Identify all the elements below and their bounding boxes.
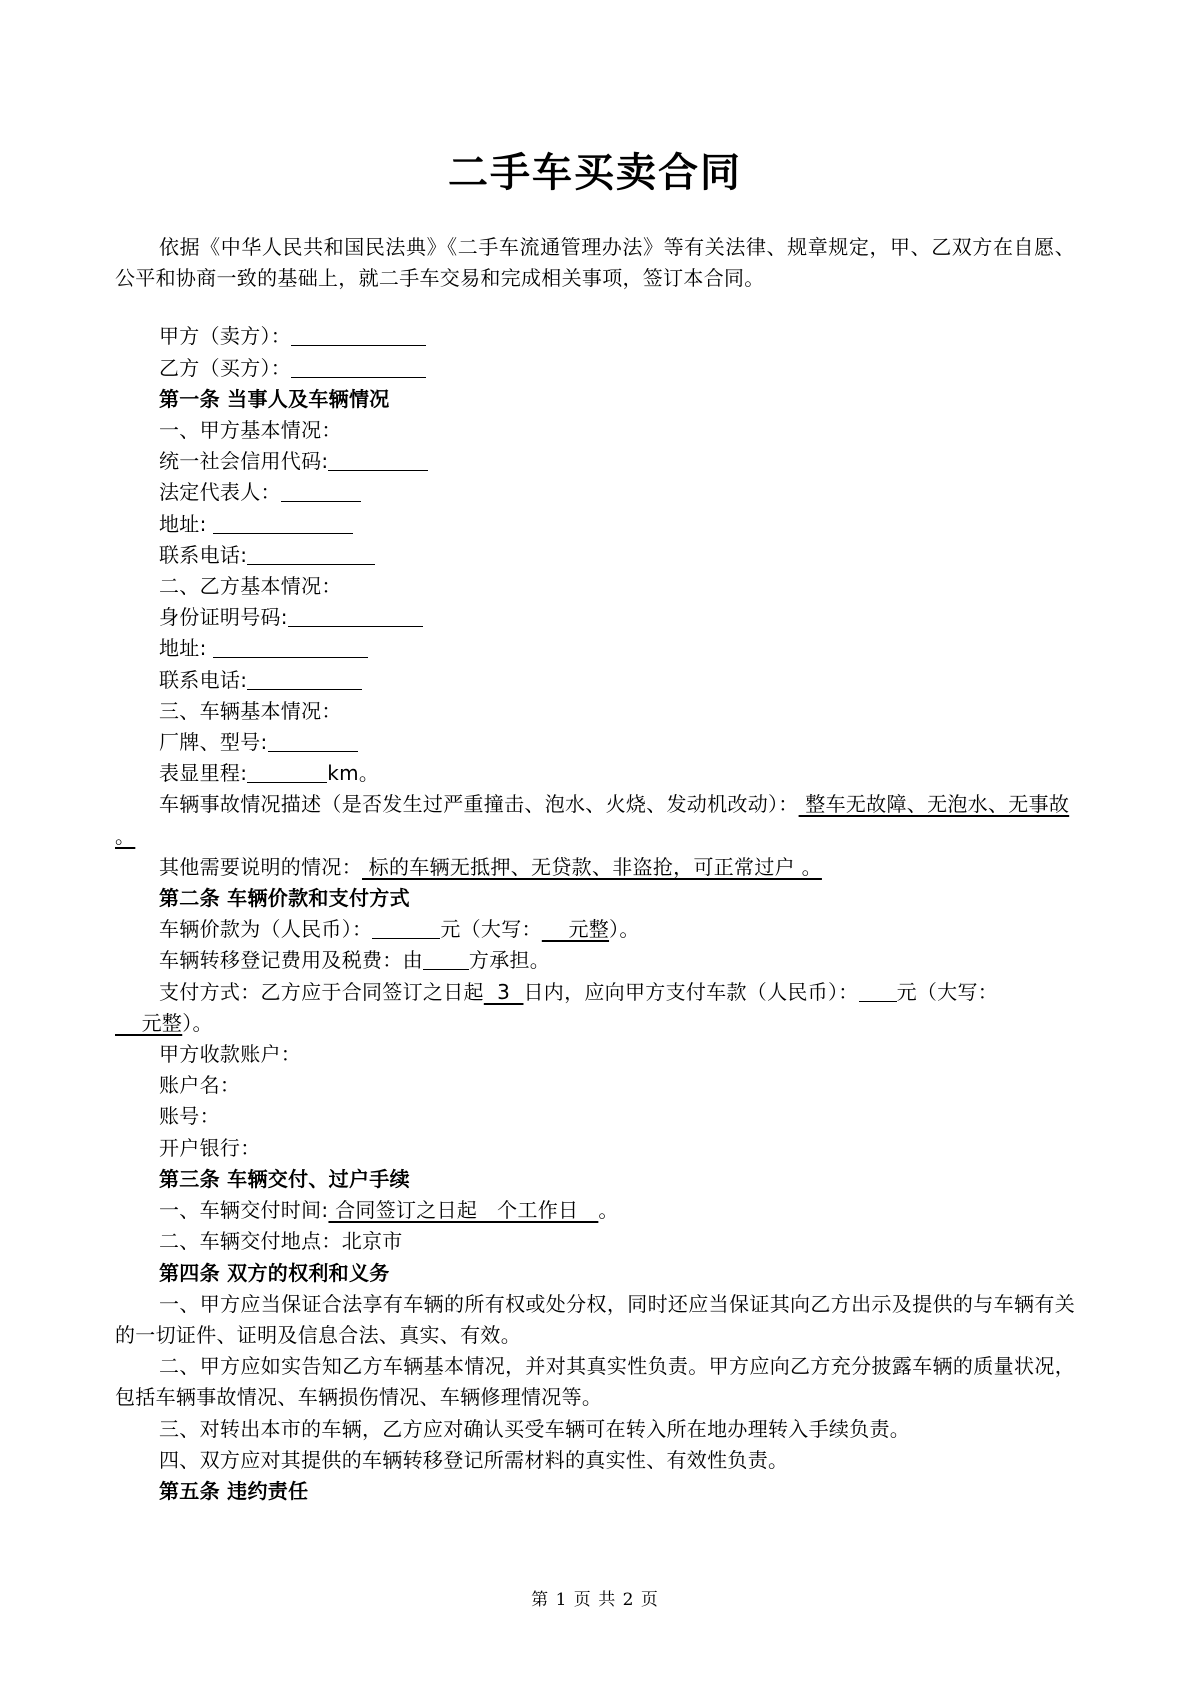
other-line: 其他需要说明的情况： 标的车辆无抵押、无贷款、非盗抢，可正常过户 。 — [115, 852, 1075, 883]
delivery-place: 二、车辆交付地点：北京市 — [115, 1226, 1075, 1257]
page-indicator: 第 1 页 共 2 页 — [0, 1585, 1190, 1610]
account-name-label: 账户名： — [115, 1070, 1075, 1101]
id-label: 身份证明号码: — [159, 605, 288, 629]
credit-code-line: 统一社会信用代码: — [115, 446, 1075, 477]
mileage-label: 表显里程: — [159, 761, 247, 785]
article-4-item-2: 二、甲方应如实告知乙方车辆基本情况，并对其真实性负责。甲方应向乙方充分披露车辆的… — [115, 1351, 1075, 1413]
payment-end: ）。 — [182, 1011, 213, 1035]
delivery-time-line: 一、车辆交付时间: 合同签订之日起 个工作日 。 — [115, 1195, 1075, 1226]
vehicle-section: 三、车辆基本情况： — [115, 696, 1075, 727]
price-upper-field[interactable]: 元整 — [542, 917, 609, 941]
accident-line: 车辆事故情况描述（是否发生过严重撞击、泡水、火烧、发动机改动）： 整车无故障、无… — [115, 789, 1075, 851]
b-phone-field[interactable] — [247, 667, 362, 690]
payment-upper-field[interactable]: 元整 — [115, 1011, 182, 1035]
price-line: 车辆价款为（人民币）：元（大写： 元整）。 — [115, 914, 1075, 945]
preamble: 依据《中华人民共和国民法典》《二手车流通管理办法》等有关法律、规章规定，甲、乙双… — [115, 232, 1075, 294]
article-2-heading: 第二条 车辆价款和支付方式 — [115, 883, 1075, 914]
fee-label: 车辆转移登记费用及税费：由 — [159, 948, 423, 972]
accident-label: 车辆事故情况描述（是否发生过严重撞击、泡水、火烧、发动机改动）： — [159, 792, 799, 816]
price-field[interactable] — [372, 916, 440, 939]
a-address-field[interactable] — [213, 511, 353, 534]
payment-days-field[interactable]: 3 — [484, 980, 524, 1004]
brand-field[interactable] — [268, 729, 358, 752]
payment-line: 支付方式：乙方应于合同签订之日起 3 日内，应向甲方支付车款（人民币）：元（大写… — [115, 977, 1075, 1039]
party-a-label: 甲方（卖方）： — [159, 324, 291, 348]
bank-label: 开户银行： — [115, 1133, 1075, 1164]
account-no-label: 账号： — [115, 1101, 1075, 1132]
a-address-label: 地址: — [159, 512, 213, 536]
article-4-heading: 第四条 双方的权利和义务 — [115, 1258, 1075, 1289]
delivery-time-label: 一、车辆交付时间: — [159, 1198, 328, 1222]
fee-field[interactable] — [423, 947, 469, 970]
a-phone-line: 联系电话: — [115, 540, 1075, 571]
a-phone-field[interactable] — [247, 542, 375, 565]
article-3-heading: 第三条 车辆交付、过户手续 — [115, 1164, 1075, 1195]
delivery-time-field[interactable]: 合同签订之日起 个工作日 — [328, 1198, 598, 1222]
article-4-item-4: 四、双方应对其提供的车辆转移登记所需材料的真实性、有效性负责。 — [115, 1445, 1075, 1476]
party-a-field[interactable] — [291, 323, 426, 346]
b-phone-label: 联系电话: — [159, 668, 247, 692]
article-5-heading: 第五条 违约责任 — [115, 1476, 1075, 1507]
party-b-field[interactable] — [291, 355, 426, 378]
legal-rep-field[interactable] — [281, 479, 361, 502]
delivery-time-end: 。 — [598, 1198, 618, 1222]
payment-unit: 元（大写： — [897, 980, 999, 1004]
article-4-item-3: 三、对转出本市的车辆，乙方应对确认买受车辆可在转入所在地办理转入手续负责。 — [115, 1414, 1075, 1445]
price-end: ）。 — [609, 917, 640, 941]
brand-label: 厂牌、型号: — [159, 730, 268, 754]
party-b-label: 乙方（买方）： — [159, 356, 291, 380]
legal-rep-label: 法定代表人： — [159, 480, 281, 504]
b-address-field[interactable] — [213, 635, 368, 658]
article-1-heading: 第一条 当事人及车辆情况 — [115, 384, 1075, 415]
payment-label: 支付方式：乙方应于合同签订之日起 — [159, 980, 484, 1004]
party-b-line: 乙方（买方）： — [115, 353, 1075, 384]
b-phone-line: 联系电话: — [115, 665, 1075, 696]
spacer — [115, 294, 1075, 321]
payment-amount-field[interactable] — [859, 979, 897, 1002]
other-label: 其他需要说明的情况： — [159, 855, 362, 879]
mileage-field[interactable] — [247, 760, 327, 783]
a-phone-label: 联系电话: — [159, 543, 247, 567]
fee-end: 方承担。 — [469, 948, 550, 972]
id-line: 身份证明号码: — [115, 602, 1075, 633]
b-address-label: 地址: — [159, 636, 213, 660]
party-a-section: 一、甲方基本情况： — [115, 415, 1075, 446]
mileage-line: 表显里程:km。 — [115, 758, 1075, 789]
fee-line: 车辆转移登记费用及税费：由方承担。 — [115, 945, 1075, 976]
mileage-unit: km。 — [327, 761, 379, 785]
document-page: 二手车买卖合同 依据《中华人民共和国民法典》《二手车流通管理办法》等有关法律、规… — [0, 0, 1190, 1683]
document-body: 依据《中华人民共和国民法典》《二手车流通管理办法》等有关法律、规章规定，甲、乙双… — [115, 232, 1075, 1507]
price-unit: 元（大写： — [440, 917, 542, 941]
article-4-item-1: 一、甲方应当保证合法享有车辆的所有权或处分权，同时还应当保证其向乙方出示及提供的… — [115, 1289, 1075, 1351]
id-field[interactable] — [288, 604, 423, 627]
credit-code-label: 统一社会信用代码: — [159, 449, 328, 473]
party-b-section: 二、乙方基本情况： — [115, 571, 1075, 602]
b-address-line: 地址: — [115, 633, 1075, 664]
other-value[interactable]: 标的车辆无抵押、无贷款、非盗抢，可正常过户 。 — [362, 855, 822, 879]
payment-mid: 日内，应向甲方支付车款（人民币）： — [523, 980, 858, 1004]
party-a-line: 甲方（卖方）： — [115, 321, 1075, 352]
account-heading: 甲方收款账户： — [115, 1039, 1075, 1070]
legal-rep-line: 法定代表人： — [115, 477, 1075, 508]
credit-code-field[interactable] — [328, 448, 428, 471]
brand-line: 厂牌、型号: — [115, 727, 1075, 758]
a-address-line: 地址: — [115, 509, 1075, 540]
document-title: 二手车买卖合同 — [0, 145, 1190, 201]
price-label: 车辆价款为（人民币）： — [159, 917, 372, 941]
